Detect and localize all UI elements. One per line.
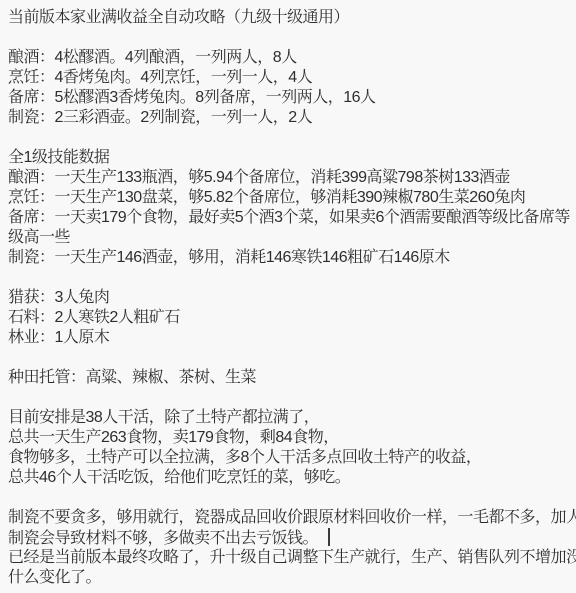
section-title: 当前版本家业满收益全自动攻略（九级十级通用） — [8, 8, 576, 28]
text-line: 林业：1人原木 — [8, 328, 576, 348]
text-line-content: 目前安排是38人干活，除了土特产都拉满了， — [8, 409, 319, 426]
section-production-queues: 酿酒：4松醪酒。4列酿酒，一列两人，8人烹饪：4香烤兔肉。4列烹饪，一列一人，4… — [8, 48, 576, 128]
text-line: 制瓷：2三彩酒壶。2列制瓷，一列一人，2人 — [8, 108, 576, 128]
text-line: 酿酒：一天生产133瓶酒，够5.94个备席位，消耗399高粱798茶树133酒壶 — [8, 168, 576, 188]
text-line-content: 种田托管：高粱、辣椒、茶树、生菜 — [8, 369, 256, 386]
text-line-content: 制瓷不要贪多，够用就行，瓷器成品回收价跟原材料回收价一样，一毛都不多，加人 — [8, 509, 576, 526]
text-line-content: 什么变化了。 — [8, 569, 101, 586]
text-line: 全1级技能数据 — [8, 148, 576, 168]
text-line: 总共一天生产263食物，卖179食物，剩84食物， — [8, 428, 576, 448]
text-line: 制瓷会导致材料不够，多做卖不出去亏饭钱。 — [8, 528, 576, 548]
text-line: 酿酒：4松醪酒。4列酿酒，一列两人，8人 — [8, 48, 576, 68]
text-line: 烹饪：4香烤兔肉。4列烹饪，一列一人，4人 — [8, 68, 576, 88]
text-line-content: 石料：2人寒铁2人粗矿石 — [8, 309, 180, 326]
text-line: 当前版本家业满收益全自动攻略（九级十级通用） — [8, 8, 576, 28]
text-line-content: 全1级技能数据 — [8, 149, 109, 166]
text-line: 食物够多，土特产可以全拉满，多8个人干活多点回收土特产的收益， — [8, 448, 576, 468]
text-line-content: 制瓷会导致材料不够，多做卖不出去亏饭钱。 — [8, 530, 318, 547]
text-line-content: 烹饪：一天生产130盘菜，够5.82个备席位，够消耗390辣椒780生菜260兔… — [8, 189, 525, 206]
text-line-content: 猎获：3人兔肉 — [8, 289, 109, 306]
text-line-content: 总共46个人干活吃饭，给他们吃烹饪的菜，够吃。 — [8, 469, 350, 486]
text-line-content: 制瓷：一天生产146酒壶，够用，消耗146寒铁146粗矿石146原木 — [8, 249, 450, 266]
text-line-content: 备席：一天卖179个食物，最好卖5个酒3个菜，如果卖6个酒需要酿酒等级比备席等 — [8, 209, 570, 226]
section-worker-summary: 目前安排是38人干活，除了土特产都拉满了，总共一天生产263食物，卖179食物，… — [8, 408, 576, 488]
text-line-content: 酿酒：一天生产133瓶酒，够5.94个备席位，消耗399高粱798茶树133酒壶 — [8, 169, 510, 186]
text-line-content: 级高一些 — [8, 229, 70, 246]
text-line-content: 食物够多，土特产可以全拉满，多8个人干活多点回收土特产的收益， — [8, 449, 481, 466]
section-notes: 制瓷不要贪多，够用就行，瓷器成品回收价跟原材料回收价一样，一毛都不多，加人制瓷会… — [8, 508, 576, 588]
text-line: 已经是当前版本最终攻略了，升十级自己调整下生产就行，生产、销售队列不增加没 — [8, 548, 576, 568]
section-skill-data: 全1级技能数据酿酒：一天生产133瓶酒，够5.94个备席位，消耗399高粱798… — [8, 148, 576, 268]
text-line: 备席：一天卖179个食物，最好卖5个酒3个菜，如果卖6个酒需要酿酒等级比备席等 — [8, 208, 576, 228]
text-line: 备席：5松醪酒3香烤兔肉。8列备席，一列两人，16人 — [8, 88, 576, 108]
text-line-content: 酿酒：4松醪酒。4列酿酒，一列两人，8人 — [8, 49, 297, 66]
text-line: 级高一些 — [8, 228, 576, 248]
text-line-content: 备席：5松醪酒3香烤兔肉。8列备席，一列两人，16人 — [8, 89, 376, 106]
text-line-content: 已经是当前版本最终攻略了，升十级自己调整下生产就行，生产、销售队列不增加没 — [8, 549, 576, 566]
text-line: 猎获：3人兔肉 — [8, 288, 576, 308]
text-line: 石料：2人寒铁2人粗矿石 — [8, 308, 576, 328]
section-gathering: 猎获：3人兔肉石料：2人寒铁2人粗矿石林业：1人原木 — [8, 288, 576, 348]
text-line-content: 当前版本家业满收益全自动攻略（九级十级通用） — [8, 9, 349, 26]
text-cursor-icon — [328, 528, 330, 546]
text-line: 种田托管：高粱、辣椒、茶树、生菜 — [8, 368, 576, 388]
text-line: 什么变化了。 — [8, 568, 576, 588]
text-document[interactable]: 当前版本家业满收益全自动攻略（九级十级通用）酿酒：4松醪酒。4列酿酒，一列两人，… — [0, 0, 576, 593]
text-line: 烹饪：一天生产130盘菜，够5.82个备席位，够消耗390辣椒780生菜260兔… — [8, 188, 576, 208]
text-line-content: 烹饪：4香烤兔肉。4列烹饪，一列一人，4人 — [8, 69, 312, 86]
text-line: 制瓷：一天生产146酒壶，够用，消耗146寒铁146粗矿石146原木 — [8, 248, 576, 268]
text-line-content: 林业：1人原木 — [8, 329, 109, 346]
text-line-content: 制瓷：2三彩酒壶。2列制瓷，一列一人，2人 — [8, 109, 312, 126]
text-line: 制瓷不要贪多，够用就行，瓷器成品回收价跟原材料回收价一样，一毛都不多，加人 — [8, 508, 576, 528]
text-line: 总共46个人干活吃饭，给他们吃烹饪的菜，够吃。 — [8, 468, 576, 488]
section-farming: 种田托管：高粱、辣椒、茶树、生菜 — [8, 368, 576, 388]
text-line: 目前安排是38人干活，除了土特产都拉满了， — [8, 408, 576, 428]
text-line-content: 总共一天生产263食物，卖179食物，剩84食物， — [8, 429, 339, 446]
